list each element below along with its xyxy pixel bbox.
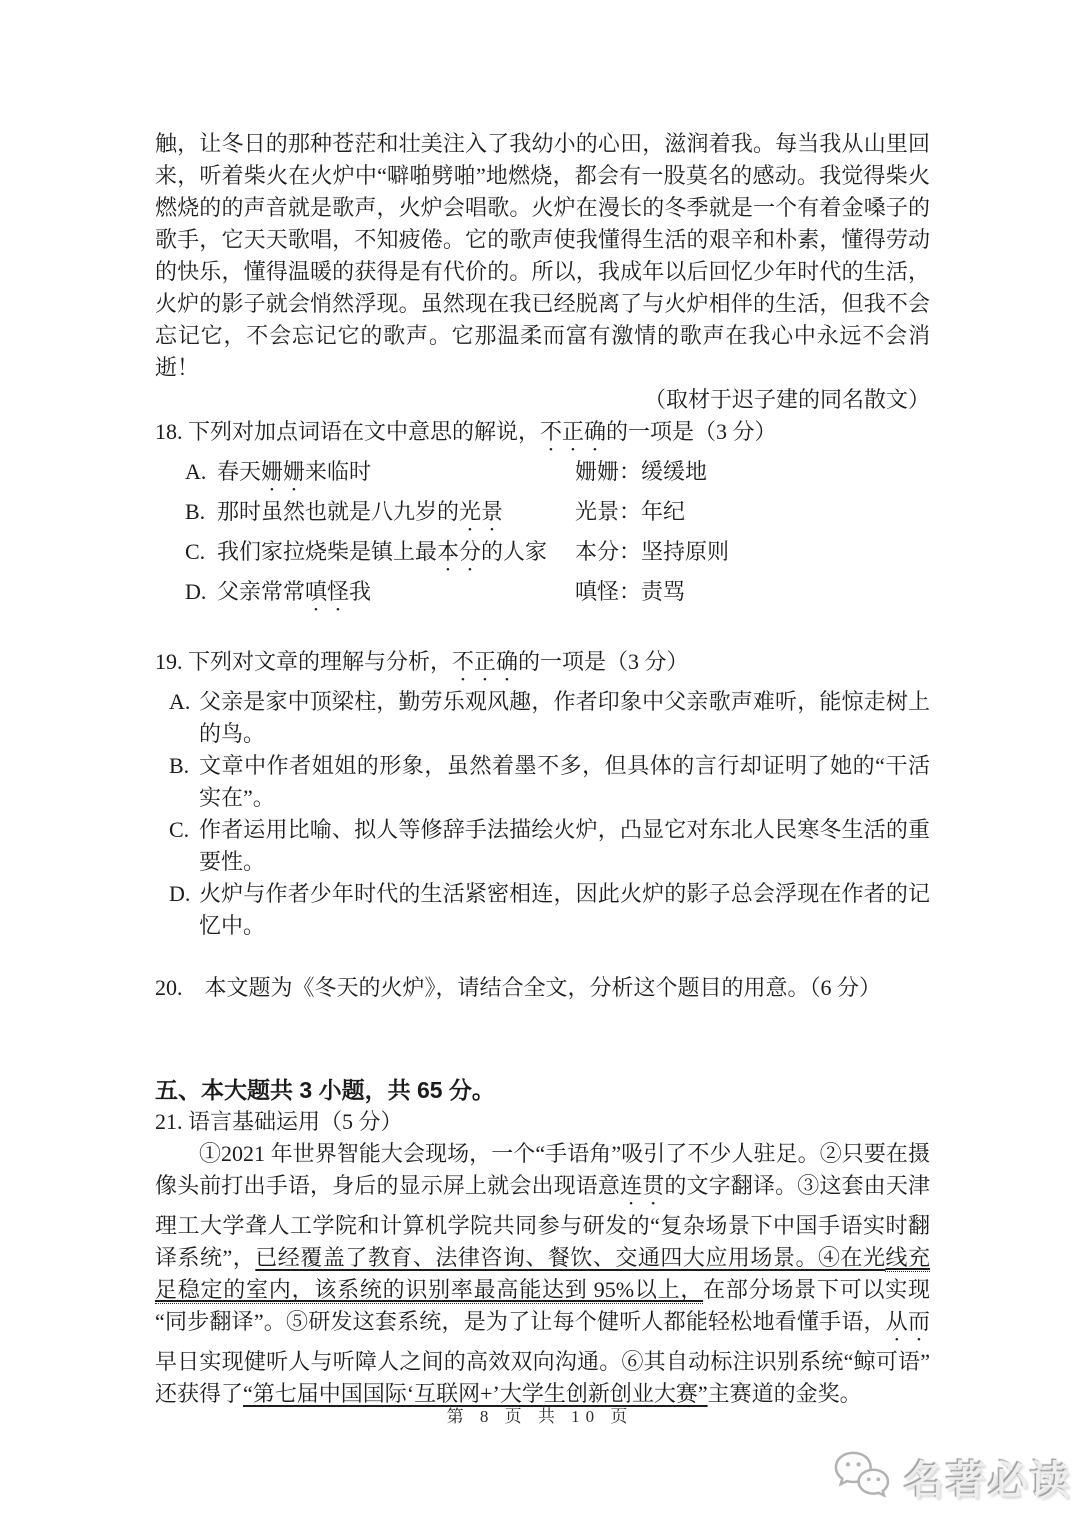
question-18-stem: 18. 下列对加点词语在文中意思的解说，不正确的一项是（3 分） <box>155 416 930 456</box>
option-gloss: 光景：年纪 <box>575 496 930 536</box>
option-gloss: 姗姗：缓缓地 <box>575 456 930 496</box>
question-21-title: 21. 语言基础运用（5 分） <box>155 1106 930 1138</box>
question-19-option-b: B. 文章中作者姐姐的形象，虽然着墨不多，但具体的言行却证明了她的“干活实在”。 <box>155 750 930 814</box>
option-label: B. <box>169 750 199 814</box>
option-text: 春天姗姗来临时 <box>217 456 575 496</box>
option-label: C. <box>185 536 217 576</box>
question-19: 19. 下列对文章的理解与分析，不正确的一项是（3 分） A. 父亲是家中顶梁柱… <box>155 646 930 942</box>
text-segment: 嗔怪 <box>305 579 349 604</box>
text-segment: 连贯 <box>620 1173 664 1198</box>
watermark: 名著必读 <box>830 1448 1072 1507</box>
page-content: 触，让冬日的那种苍茫和壮美注入了我幼小的心田，滋润着我。每当我从山里回来，听着柴… <box>0 0 1080 1410</box>
text-segment: 已经覆盖了教育、法律咨询、餐饮、交通四大应用场景。④在光 <box>255 1245 885 1270</box>
text-segment: 来临时 <box>305 459 371 484</box>
text-segment: 从而 <box>886 1309 930 1334</box>
text-segment: 18. 下列对加点词语在文中意思的解说， <box>155 419 540 444</box>
text-segment: 的人家 <box>481 539 547 564</box>
wechat-icon <box>830 1448 892 1507</box>
text-segment: 触，让冬日的那种苍茫和壮美注入了我幼小的心田，滋润着我。每当我从山里回来，听着柴… <box>155 131 930 380</box>
section-5-title: 五、本大题共 3 小题，共 65 分。 <box>155 1074 930 1106</box>
text-segment: 那时虽然也就是八九岁的 <box>217 499 459 524</box>
option-label: D. <box>185 576 217 616</box>
question-18-option-d: D. 父亲常常嗔怪我 嗔怪：责骂 <box>155 576 930 616</box>
passage-attribution: （取材于迟子建的同名散文） <box>155 384 930 416</box>
text-segment: 的一项是（3 分） <box>606 419 777 444</box>
text-segment: 春天 <box>217 459 261 484</box>
option-text: 火炉与作者少年时代的生活紧密相连，因此火炉的影子总会浮现在作者的记忆中。 <box>199 878 930 942</box>
question-20: 20. 本文题为《冬天的火炉》，请结合全文，分析这个题目的用意。（6 分） <box>155 972 930 1004</box>
option-text: 我们家拉烧柴是镇上最本分的人家 <box>217 536 575 576</box>
option-text: 父亲常常嗔怪我 <box>217 576 575 616</box>
option-text: 文章中作者姐姐的形象，虽然着墨不多，但具体的言行却证明了她的“干活实在”。 <box>199 750 930 814</box>
option-label: A. <box>185 456 217 496</box>
option-label: B. <box>185 496 217 536</box>
text-segment: 父亲常常 <box>217 579 305 604</box>
option-label: C. <box>169 814 199 878</box>
question-19-option-d: D. 火炉与作者少年时代的生活紧密相连，因此火炉的影子总会浮现在作者的记忆中。 <box>155 878 930 942</box>
question-19-option-a: A. 父亲是家中顶梁柱，勤劳乐观风趣，作者印象中父亲歌声难听，能惊走树上的鸟。 <box>155 686 930 750</box>
text-segment: 本分 <box>437 539 481 564</box>
option-label: D. <box>169 878 199 942</box>
text-segment: 姗姗 <box>261 459 305 484</box>
option-label: A. <box>169 686 199 750</box>
question-18-option-b: B. 那时虽然也就是八九岁的光景 光景：年纪 <box>155 496 930 536</box>
text-segment: 我们家拉烧柴是镇上最 <box>217 539 437 564</box>
question-19-stem: 19. 下列对文章的理解与分析，不正确的一项是（3 分） <box>155 646 930 686</box>
option-gloss: 本分：坚持原则 <box>575 536 930 576</box>
text-segment: 的一项是（3 分） <box>518 649 689 674</box>
exam-page: 触，让冬日的那种苍茫和壮美注入了我幼小的心田，滋润着我。每当我从山里回来，听着柴… <box>0 0 1080 1527</box>
watermark-text: 名著必读 <box>904 1449 1072 1506</box>
option-text: 那时虽然也就是八九岁的光景 <box>217 496 575 536</box>
text-segment: 不正确 <box>452 649 518 674</box>
text-segment: 我 <box>349 579 371 604</box>
option-gloss: 嗔怪：责骂 <box>575 576 930 616</box>
page-number: 第 8 页 共 10 页 <box>0 1402 1080 1427</box>
question-21-paragraph: ①2021 年世界智能大会现场，一个“手语角”吸引了不少人驻足。②只要在摄像头前… <box>155 1138 930 1410</box>
text-segment: 不正确 <box>540 419 606 444</box>
option-text: 作者运用比喻、拟人等修辞手法描绘火炉，凸显它对东北人民寒冬生活的重要性。 <box>199 814 930 878</box>
text-segment: 光景 <box>459 499 503 524</box>
question-18-option-a: A. 春天姗姗来临时 姗姗：缓缓地 <box>155 456 930 496</box>
question-19-option-c: C. 作者运用比喻、拟人等修辞手法描绘火炉，凸显它对东北人民寒冬生活的重要性。 <box>155 814 930 878</box>
text-segment: 19. 下列对文章的理解与分析， <box>155 649 452 674</box>
passage-paragraph: 触，让冬日的那种苍茫和壮美注入了我幼小的心田，滋润着我。每当我从山里回来，听着柴… <box>155 128 930 384</box>
option-text: 父亲是家中顶梁柱，勤劳乐观风趣，作者印象中父亲歌声难听，能惊走树上的鸟。 <box>199 686 930 750</box>
question-18-option-c: C. 我们家拉烧柴是镇上最本分的人家 本分：坚持原则 <box>155 536 930 576</box>
question-18: 18. 下列对加点词语在文中意思的解说，不正确的一项是（3 分） A. 春天姗姗… <box>155 416 930 616</box>
